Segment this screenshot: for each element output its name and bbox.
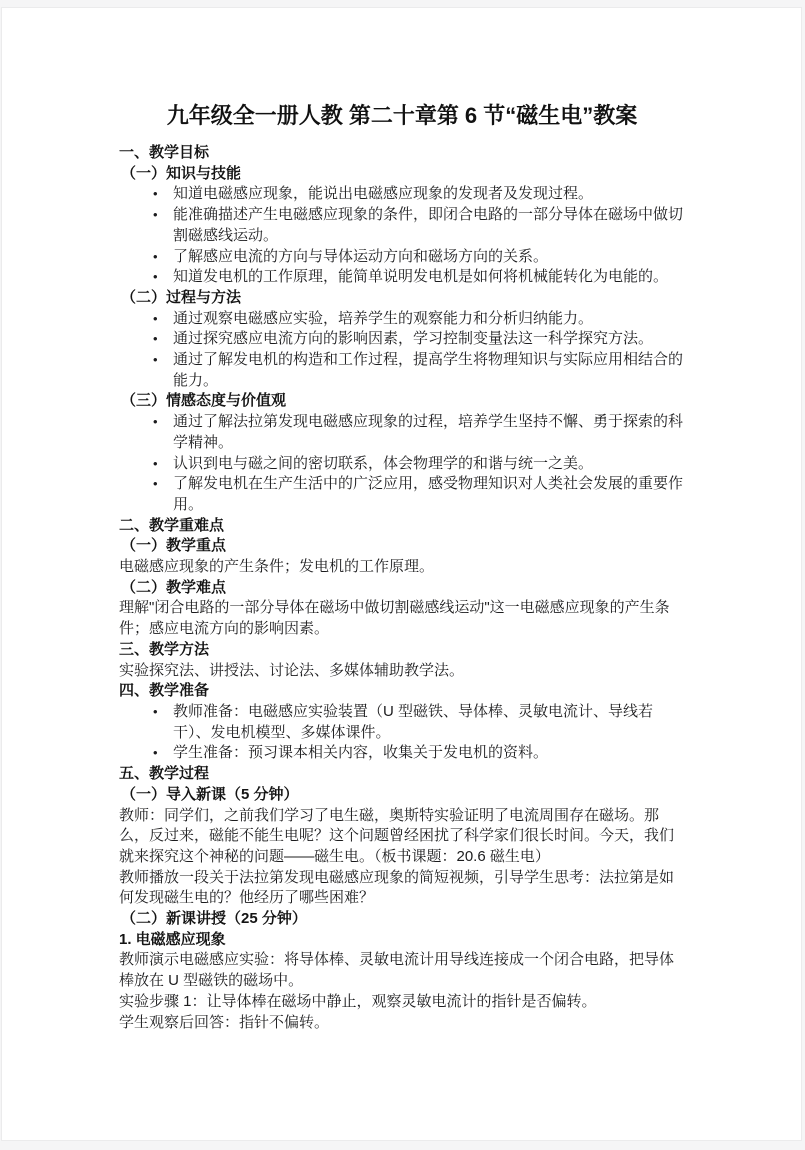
document-content: 九年级全一册人教 第二十章第 6 节“磁生电”教案 一、教学目标（一）知识与技能… [2, 8, 801, 1033]
bullet-item: •知道发电机的工作原理，能简单说明发电机是如何将机械能转化为电能的。 [119, 267, 685, 288]
bullet-text: 知道发电机的工作原理，能简单说明发电机是如何将机械能转化为电能的。 [173, 267, 685, 288]
section-heading: 二、教学重难点 [119, 516, 685, 537]
paragraph: 实验探究法、讲授法、讨论法、多媒体辅助教学法。 [119, 661, 685, 682]
document-body: 一、教学目标（一）知识与技能•知道电磁感应现象，能说出电磁感应现象的发现者及发现… [119, 143, 685, 1033]
section-heading: （一）导入新课（5 分钟） [119, 785, 685, 806]
section-heading: 1. 电磁感应现象 [119, 930, 685, 951]
bullet-item: •学生准备：预习课本相关内容，收集关于发电机的资料。 [119, 743, 685, 764]
section-heading: 一、教学目标 [119, 143, 685, 164]
bullet-text: 通过了解发电机的构造和工作过程，提高学生将物理知识与实际应用相结合的能力。 [173, 350, 685, 391]
bullet-marker-icon: • [153, 184, 173, 205]
bullet-item: •了解发电机在生产生活中的广泛应用，感受物理知识对人类社会发展的重要作用。 [119, 474, 685, 515]
paragraph: 学生观察后回答：指针不偏转。 [119, 1013, 685, 1034]
bullet-text: 知道电磁感应现象，能说出电磁感应现象的发现者及发现过程。 [173, 184, 685, 205]
bullet-marker-icon: • [153, 412, 173, 453]
section-heading: （三）情感态度与价值观 [119, 391, 685, 412]
bullet-marker-icon: • [153, 329, 173, 350]
paragraph: 教师播放一段关于法拉第发现电磁感应现象的简短视频，引导学生思考：法拉第是如何发现… [119, 868, 685, 909]
section-heading: 五、教学过程 [119, 764, 685, 785]
section-heading: （一）知识与技能 [119, 164, 685, 185]
section-heading: （二）教学难点 [119, 578, 685, 599]
bullet-text: 通过了解法拉第发现电磁感应现象的过程，培养学生坚持不懈、勇于探索的科学精神。 [173, 412, 685, 453]
bullet-text: 了解发电机在生产生活中的广泛应用，感受物理知识对人类社会发展的重要作用。 [173, 474, 685, 515]
bullet-item: •通过了解法拉第发现电磁感应现象的过程，培养学生坚持不懈、勇于探索的科学精神。 [119, 412, 685, 453]
paragraph: 教师演示电磁感应实验：将导体棒、灵敏电流计用导线连接成一个闭合电路，把导体棒放在… [119, 950, 685, 991]
bullet-text: 通过观察电磁感应实验，培养学生的观察能力和分析归纳能力。 [173, 309, 685, 330]
bullet-item: •知道电磁感应现象，能说出电磁感应现象的发现者及发现过程。 [119, 184, 685, 205]
section-heading: （二）过程与方法 [119, 288, 685, 309]
paragraph: 教师：同学们，之前我们学习了电生磁，奥斯特实验证明了电流周围存在磁场。那么，反过… [119, 806, 685, 868]
document-title: 九年级全一册人教 第二十章第 6 节“磁生电”教案 [119, 101, 685, 131]
section-heading: （二）新课讲授（25 分钟） [119, 909, 685, 930]
bullet-marker-icon: • [153, 267, 173, 288]
bullet-item: •通过探究感应电流方向的影响因素，学习控制变量法这一科学探究方法。 [119, 329, 685, 350]
bullet-item: •了解感应电流的方向与导体运动方向和磁场方向的关系。 [119, 247, 685, 268]
paragraph: 理解"闭合电路的一部分导体在磁场中做切割磁感线运动"这一电磁感应现象的产生条件；… [119, 598, 685, 639]
bullet-text: 能准确描述产生电磁感应现象的条件，即闭合电路的一部分导体在磁场中做切割磁感线运动… [173, 205, 685, 246]
bullet-marker-icon: • [153, 350, 173, 391]
bullet-item: •通过观察电磁感应实验，培养学生的观察能力和分析归纳能力。 [119, 309, 685, 330]
bullet-text: 通过探究感应电流方向的影响因素，学习控制变量法这一科学探究方法。 [173, 329, 685, 350]
bullet-marker-icon: • [153, 309, 173, 330]
bullet-text: 认识到电与磁之间的密切联系，体会物理学的和谐与统一之美。 [173, 454, 685, 475]
bullet-marker-icon: • [153, 743, 173, 764]
section-heading: 四、教学准备 [119, 681, 685, 702]
bullet-item: •能准确描述产生电磁感应现象的条件，即闭合电路的一部分导体在磁场中做切割磁感线运… [119, 205, 685, 246]
document-page: 九年级全一册人教 第二十章第 6 节“磁生电”教案 一、教学目标（一）知识与技能… [1, 7, 802, 1141]
bullet-text: 了解感应电流的方向与导体运动方向和磁场方向的关系。 [173, 247, 685, 268]
paragraph: 实验步骤 1：让导体棒在磁场中静止，观察灵敏电流计的指针是否偏转。 [119, 992, 685, 1013]
bullet-text: 教师准备：电磁感应实验装置（U 型磁铁、导体棒、灵敏电流计、导线若干）、发电机模… [173, 702, 685, 743]
section-heading: （一）教学重点 [119, 536, 685, 557]
bullet-item: •教师准备：电磁感应实验装置（U 型磁铁、导体棒、灵敏电流计、导线若干）、发电机… [119, 702, 685, 743]
bullet-marker-icon: • [153, 474, 173, 515]
bullet-marker-icon: • [153, 454, 173, 475]
bullet-marker-icon: • [153, 702, 173, 743]
bullet-marker-icon: • [153, 247, 173, 268]
bullet-item: •认识到电与磁之间的密切联系，体会物理学的和谐与统一之美。 [119, 454, 685, 475]
bullet-text: 学生准备：预习课本相关内容，收集关于发电机的资料。 [173, 743, 685, 764]
paragraph: 电磁感应现象的产生条件；发电机的工作原理。 [119, 557, 685, 578]
bullet-marker-icon: • [153, 205, 173, 246]
section-heading: 三、教学方法 [119, 640, 685, 661]
bullet-item: •通过了解发电机的构造和工作过程，提高学生将物理知识与实际应用相结合的能力。 [119, 350, 685, 391]
